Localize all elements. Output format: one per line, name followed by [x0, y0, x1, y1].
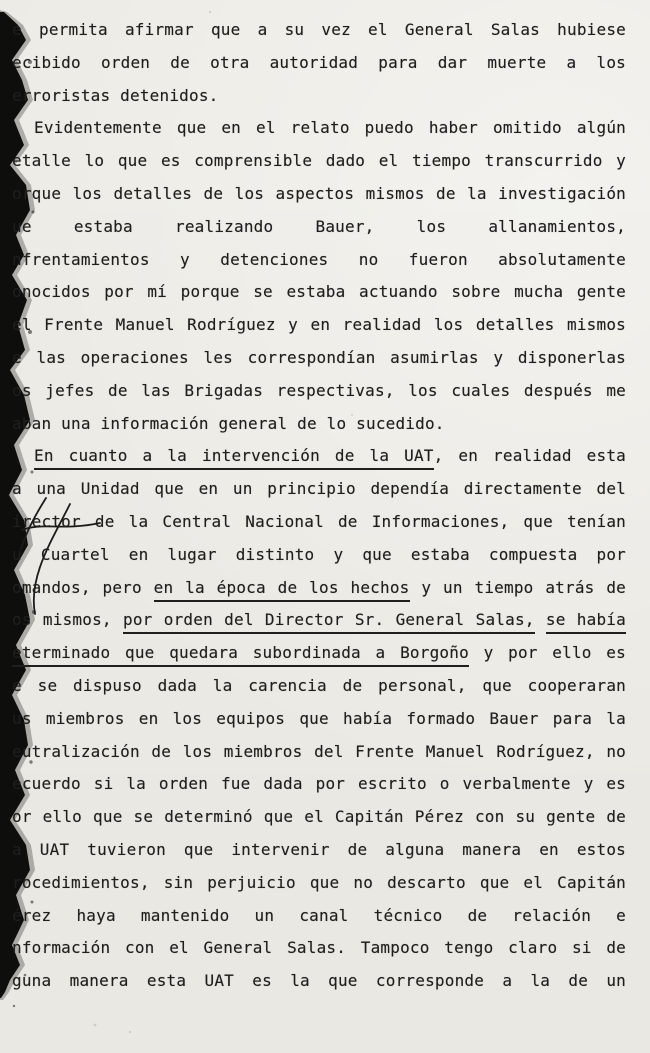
- text-line: En cuanto a la intervención de la UAT, e…: [12, 440, 626, 473]
- line-text: e permita afirmar que a su vez el Genera…: [12, 20, 626, 39]
- line-text: os mismos,: [12, 610, 123, 629]
- text-line: omandos, pero en la época de los hechos …: [12, 572, 626, 605]
- text-line: eterminado que quedara subordinada a Bor…: [12, 637, 626, 670]
- text-line: a UAT tuvieron que intervenir de alguna …: [12, 834, 626, 867]
- text-line: e se dispuso dada la carencia de persona…: [12, 670, 626, 703]
- text-line: aban una información general de lo suced…: [12, 408, 626, 441]
- line-text: érez haya mantenido un canal técnico de …: [12, 906, 626, 925]
- line-text: u Cuartel en lugar distinto y que estaba…: [12, 545, 626, 564]
- underlined-phrase: se había: [546, 610, 626, 634]
- text-line: os jefes de las Brigadas respectivas, lo…: [12, 375, 626, 408]
- line-text: os jefes de las Brigadas respectivas, lo…: [12, 381, 626, 400]
- text-line: Evidentemente que en el relato puedo hab…: [12, 112, 626, 145]
- line-text: nformación con el General Salas. Tampoco…: [12, 938, 626, 957]
- text-line: el Frente Manuel Rodríguez y en realidad…: [12, 309, 626, 342]
- line-text: , en realidad esta: [434, 446, 626, 465]
- line-text: us miembros en los equipos que había for…: [12, 709, 626, 728]
- line-text: y un tiempo atrás de: [410, 578, 627, 597]
- text-line: ecuerdo si la orden fue dada por escrito…: [12, 768, 626, 801]
- text-line: e las operaciones les correspondían asum…: [12, 342, 626, 375]
- text-line: guna manera esta UAT es la que correspon…: [12, 965, 626, 998]
- line-text: erroristas detenidos.: [12, 86, 219, 105]
- line-text: eutralización de los miembros del Frente…: [12, 742, 626, 761]
- text-line: a una Unidad que en un principio dependí…: [12, 473, 626, 506]
- line-text: e se dispuso dada la carencia de persona…: [12, 676, 626, 695]
- line-text: Evidentemente que en el relato puedo hab…: [34, 118, 626, 137]
- line-text: aban una información general de lo suced…: [12, 414, 445, 433]
- line-text: ecibido orden de otra autoridad para dar…: [12, 53, 626, 72]
- text-line: rocedimientos, sin perjuicio que no desc…: [12, 867, 626, 900]
- text-line: us miembros en los equipos que había for…: [12, 703, 626, 736]
- text-line: onocidos por mí porque se estaba actuand…: [12, 276, 626, 309]
- scanned-document-page: e permita afirmar que a su vez el Genera…: [0, 0, 650, 1053]
- line-text: el Frente Manuel Rodríguez y en realidad…: [12, 315, 626, 334]
- line-text: orque los detalles de los aspectos mismo…: [12, 184, 626, 203]
- line-text: a una Unidad que en un principio dependí…: [12, 479, 626, 498]
- line-text: a UAT tuvieron que intervenir de alguna …: [12, 840, 626, 859]
- underlined-phrase: En cuanto a la intervención de la UAT: [34, 446, 434, 470]
- text-line: eutralización de los miembros del Frente…: [12, 736, 626, 769]
- text-line: orque los detalles de los aspectos mismo…: [12, 178, 626, 211]
- line-text: rocedimientos, sin perjuicio que no desc…: [12, 873, 626, 892]
- underlined-phrase: por orden del Director Sr. General Salas…: [123, 610, 535, 634]
- text-line: ue estaba realizando Bauer, los allanami…: [12, 211, 626, 244]
- text-line: irector de la Central Nacional de Inform…: [12, 506, 626, 539]
- text-line: nfrentamientos y detenciones no fueron a…: [12, 244, 626, 277]
- text-line: u Cuartel en lugar distinto y que estaba…: [12, 539, 626, 572]
- line-text: [535, 610, 546, 629]
- underlined-phrase: en la época de los hechos: [154, 578, 410, 602]
- document-text: e permita afirmar que a su vez el Genera…: [12, 14, 626, 998]
- text-line: or ello que se determinó que el Capitán …: [12, 801, 626, 834]
- text-line: nformación con el General Salas. Tampoco…: [12, 932, 626, 965]
- text-line: ecibido orden de otra autoridad para dar…: [12, 47, 626, 80]
- line-text: onocidos por mí porque se estaba actuand…: [12, 282, 626, 301]
- line-text: y por ello es: [469, 643, 626, 662]
- line-text: or ello que se determinó que el Capitán …: [12, 807, 626, 826]
- line-text: omandos, pero: [12, 578, 154, 597]
- text-line: etalle lo que es comprensible dado el ti…: [12, 145, 626, 178]
- line-text: e las operaciones les correspondían asum…: [12, 348, 626, 367]
- text-line: os mismos, por orden del Director Sr. Ge…: [12, 604, 626, 637]
- underlined-phrase: eterminado que quedara subordinada a Bor…: [12, 643, 469, 667]
- line-text: nfrentamientos y detenciones no fueron a…: [12, 250, 626, 269]
- line-text: etalle lo que es comprensible dado el ti…: [12, 151, 626, 170]
- text-line: erroristas detenidos.: [12, 80, 626, 113]
- text-line: e permita afirmar que a su vez el Genera…: [12, 14, 626, 47]
- line-text: ue estaba realizando Bauer, los allanami…: [12, 217, 626, 236]
- text-line: érez haya mantenido un canal técnico de …: [12, 900, 626, 933]
- line-text: guna manera esta UAT es la que correspon…: [12, 971, 626, 990]
- line-text: ecuerdo si la orden fue dada por escrito…: [12, 774, 626, 793]
- line-text: irector de la Central Nacional de Inform…: [12, 512, 626, 531]
